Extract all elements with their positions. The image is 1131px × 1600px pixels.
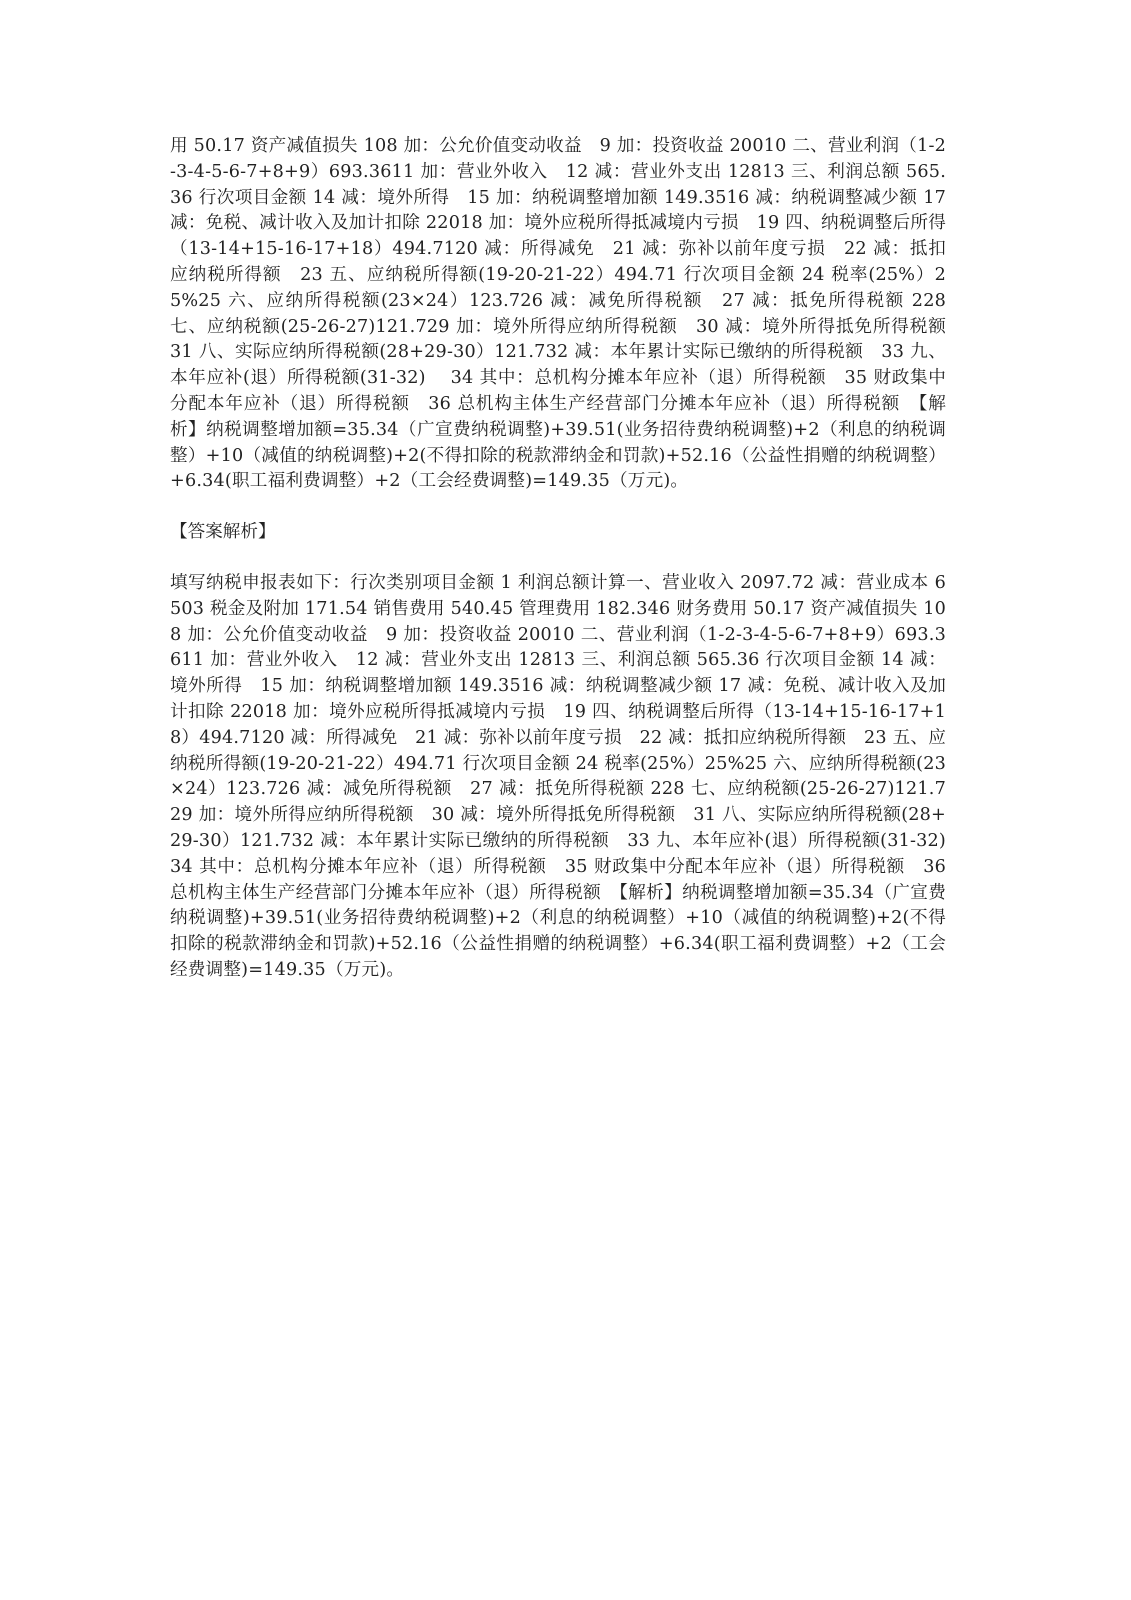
- document-page: 用 50.17 资产减值损失 108 加：公允价值变动收益 9 加：投资收益 2…: [170, 134, 946, 984]
- body-paragraph-1: 用 50.17 资产减值损失 108 加：公允价值变动收益 9 加：投资收益 2…: [170, 134, 946, 495]
- body-paragraph-2: 填写纳税申报表如下：行次类别项目金额 1 利润总额计算一、营业收入 2097.7…: [170, 571, 946, 984]
- answer-analysis-heading: 【答案解析】: [170, 520, 946, 546]
